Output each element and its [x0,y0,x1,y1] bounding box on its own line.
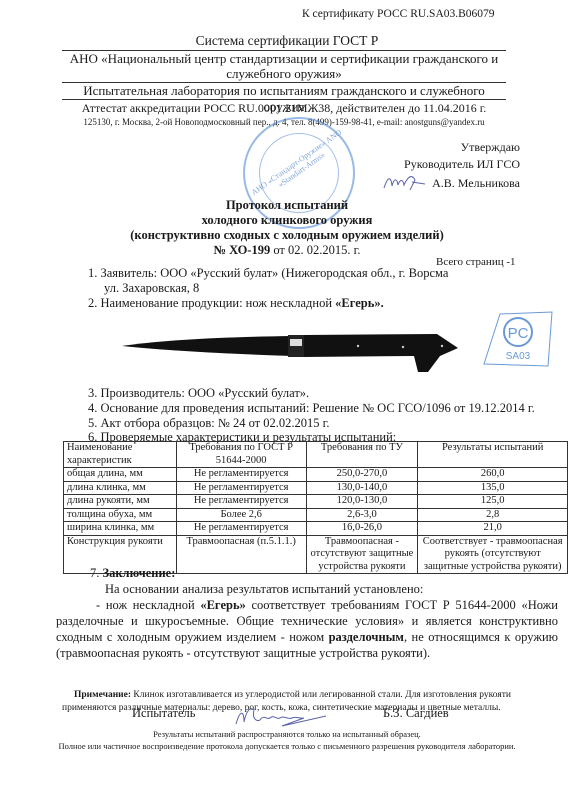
table-cell: длина рукояти, мм [64,495,177,509]
table-cell: 120,0-130,0 [306,495,418,509]
conclusion-body: - нож нескладной «Егерь» соответствует т… [56,597,558,661]
table-cell: Травмоопасная - отсутствуют защитные уст… [306,535,418,574]
table-row: длина рукояти, ммНе регламентируется120,… [64,495,568,509]
conclusion-intro: На основании анализа результатов испытан… [88,581,558,597]
table-cell: 130,0-140,0 [306,481,418,495]
table-cell: 2,8 [418,508,568,522]
stamp-text: АНО «Стандарт-Оружие» ANO «Standart-Arms… [250,128,349,205]
table-cell: 16,0-26,0 [306,522,418,536]
approval-position: Руководитель ИЛ ГСО [360,156,520,173]
disclaimer: Результаты испытаний распространяются то… [0,728,574,752]
table-header-row: Наименование характеристикТребования по … [64,442,568,468]
table-cell: Не регламентируется [176,522,306,536]
table-cell: Более 2,6 [176,508,306,522]
table-cell: Соответствует - травмоопасная рукоять (о… [418,535,568,574]
applicant-address: ул. Захаровская, 8 [104,281,199,296]
table-row: ширина клинка, ммНе регламентируется16,0… [64,522,568,536]
table-cell: 250,0-270,0 [306,468,418,482]
table-cell: толщина обуха, мм [64,508,177,522]
product-line: 2. Наименование продукции: нож нескладно… [88,296,384,311]
organization-name: АНО «Национальный центр стандартизации и… [62,51,506,81]
conclusion-title: 7. Заключение: [90,566,175,581]
column-header: Наименование характеристик [64,442,177,468]
table-cell: 125,0 [418,495,568,509]
table-cell: Не регламентируется [176,495,306,509]
column-header: Требования по ГОСТ Р 51644-2000 [176,442,306,468]
table-row: общая длина, ммНе регламентируется250,0-… [64,468,568,482]
applicant-line: 1. Заявитель: ООО «Русский булат» (Нижег… [88,266,448,281]
accreditation-line: Аттестат аккредитации РОСС RU.0001.21МЖ3… [62,101,506,116]
manufacturer-line: 3. Производитель: ООО «Русский булат». [88,386,309,401]
protocol-subtitle: холодного клинкового оружия [0,213,574,228]
protocol-title: Протокол испытаний [0,198,574,213]
table-cell: общая длина, мм [64,468,177,482]
protocol-subtitle-2: (конструктивно сходных с холодным оружие… [0,228,574,243]
table-cell: длина клинка, мм [64,481,177,495]
product-name: «Егерь». [335,296,384,310]
results-table: Наименование характеристикТребования по … [63,441,568,574]
conclusion-text: На основании анализа результатов испытан… [88,581,558,661]
divider [62,99,506,100]
system-title: Система сертификации ГОСТ Р [0,33,574,49]
table-cell: Не регламентируется [176,481,306,495]
basis-line: 4. Основание для проведения испытаний: Р… [88,401,535,416]
approver-signature [382,172,427,192]
gost-certification-mark: PC SA03 [482,310,554,368]
table-cell: 260,0 [418,468,568,482]
protocol-number: № ХО-199 [214,243,271,257]
column-header: Результаты испытаний [418,442,568,468]
table-cell: 21,0 [418,522,568,536]
svg-text:SA03: SA03 [506,351,531,362]
certificate-reference: К сертификату РОСС RU.SA03.B06079 [302,8,495,20]
protocol-heading: Протокол испытаний холодного клинкового … [0,198,574,258]
table-cell: 135,0 [418,481,568,495]
approval-label: Утверждаю [360,139,520,156]
approver-name: А.В. Мельникова [430,176,520,191]
protocol-date: от 02. 02.2015. г. [270,243,360,257]
table-cell: Не регламентируется [176,468,306,482]
tester-name: Б.З. Сагдиев [383,706,449,721]
tester-label: Испытатель [132,706,195,721]
table-row: толщина обуха, ммБолее 2,62,6-3,02,8 [64,508,568,522]
table-cell: 2,6-3,0 [306,508,418,522]
approval-block: Утверждаю Руководитель ИЛ ГСО [360,139,520,173]
knife-image [122,326,458,378]
note-label: Примечание: [74,690,131,700]
table-cell: ширина клинка, мм [64,522,177,536]
column-header: Требования по ТУ [306,442,418,468]
svg-text:PC: PC [508,325,529,342]
table-row: длина клинка, ммНе регламентируется130,0… [64,481,568,495]
sample-act-line: 5. Акт отбора образцов: № 24 от 02.02.20… [88,416,329,431]
table-cell: Травмоопасная (п.5.1.1.) [176,535,306,574]
